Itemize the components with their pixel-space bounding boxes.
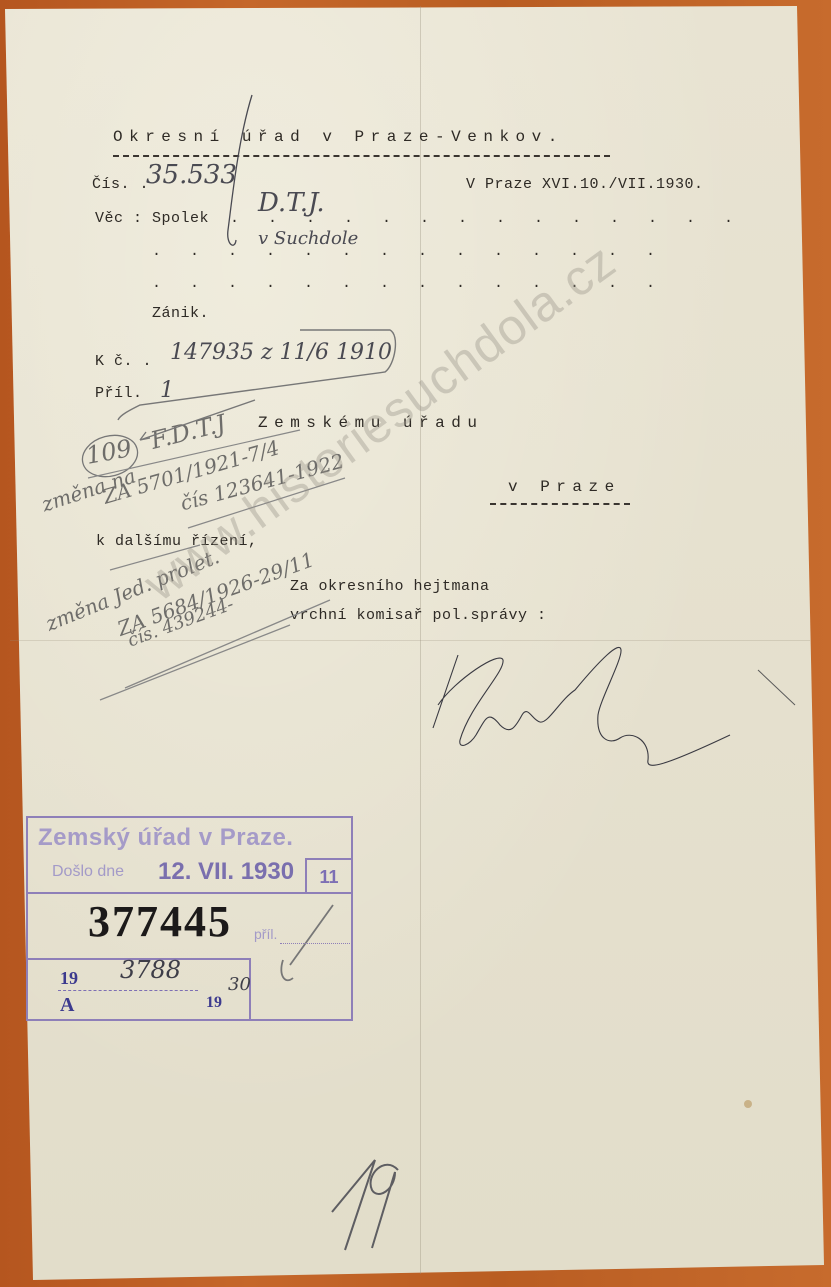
stamp-year-prefix: 19 <box>60 968 78 989</box>
stamp-year-label: 19 <box>206 994 222 1012</box>
stamp-box-number: 11 <box>305 858 351 894</box>
stamp-letter: A <box>60 994 74 1017</box>
stamp-hand-number: 3788 <box>120 956 181 984</box>
stamp-title: Zemský úřad v Praze. <box>38 824 293 852</box>
stamp-divider <box>28 892 351 894</box>
stamp-attachment-line <box>280 943 350 944</box>
stamp-mid-line <box>58 990 198 991</box>
stamp-year-hand: 30 <box>228 974 251 995</box>
stamp-attachment-label: příl. <box>254 926 277 942</box>
stamp-received-label: Došlo dne <box>52 863 124 881</box>
stamp-registry-number: 377445 <box>88 896 232 947</box>
registry-stamp: Zemský úřad v Praze. Došlo dne 12. VII. … <box>26 816 353 1021</box>
handwritten-strokes <box>0 0 831 1287</box>
stamp-received-date: 12. VII. 1930 <box>158 858 294 886</box>
